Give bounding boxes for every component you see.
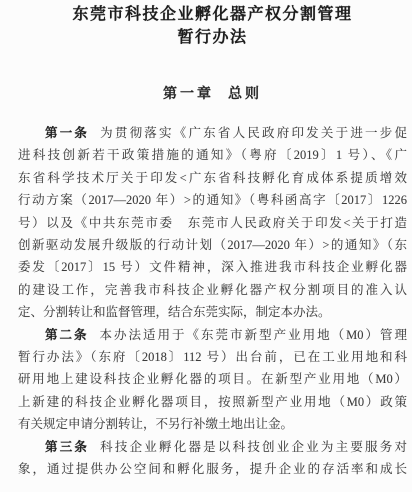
text-line: 第一条为贯彻落实《广东省人民政府印发关于进一步促 [18, 122, 407, 144]
document-body: 第一条为贯彻落实《广东省人民政府印发关于进一步促 进科技创新若干政策措施的通知》… [18, 122, 407, 481]
document-title: 东莞市科技企业孵化器产权分割管理 暂行办法 [18, 3, 407, 49]
article-3: 第三条科技企业孵化器是以科技创业企业为主要服务对 象，通过提供办公空间和孵化服务… [18, 436, 407, 481]
text-line: 上新建的科技企业孵化器项目，按照新型产业用地（M0）政策 [18, 391, 407, 413]
text-line: 象，通过提供办公空间和孵化服务，提升企业的存活率和成长 [18, 458, 407, 480]
text-line: 有关规定申请分割转让，不另行补缴土地出让金。 [18, 413, 407, 435]
text-line: 创新驱动发展升级版的行动计划（2017—2020 年）>的通知》（东 [18, 234, 407, 256]
text-line: 第二条本办法适用于《东莞市新型产业用地（M0）管理 [18, 324, 407, 346]
text-line: 研用地上建设科技企业孵化器的项目。在新型产业用地（M0） [18, 368, 407, 390]
text-segment: 科技企业孵化器是以科技创业企业为主要服务对 [100, 440, 407, 454]
article-3-label: 第三条 [45, 440, 89, 454]
text-line: 东省科学技术厅关于印发<广东省科技孵化育成体系提质增效 [18, 167, 407, 189]
text-line: 第三条科技企业孵化器是以科技创业企业为主要服务对 [18, 436, 407, 458]
document-page: 东莞市科技企业孵化器产权分割管理 暂行办法 第一章总则 第一条为贯彻落实《广东省… [0, 0, 412, 492]
chapter-heading: 第一章总则 [18, 83, 407, 103]
article-2-label: 第二条 [45, 328, 89, 342]
text-line: 委发〔2017〕15 号）文件精神，深入推进我市科技企业孵化器 [18, 256, 407, 278]
article-1: 第一条为贯彻落实《广东省人民政府印发关于进一步促 进科技创新若干政策措施的通知》… [18, 122, 407, 324]
text-line: 定、分割转让和监督管理，结合东莞实际，制定本办法。 [18, 301, 407, 323]
chapter-number: 第一章 [163, 87, 214, 102]
text-segment: 为贯彻落实《广东省人民政府印发关于进一步促 [100, 126, 407, 140]
chapter-name: 总则 [228, 87, 262, 102]
title-line-1: 东莞市科技企业孵化器产权分割管理 [18, 3, 407, 26]
text-line: 号）以及《中共东莞市委 东莞市人民政府关于印发<关于打造 [18, 212, 407, 234]
text-line: 进科技创新若干政策措施的通知》（粤府〔2019〕1 号）、《广 [18, 144, 407, 166]
text-line: 暂行办法》（东府〔2018〕112 号）出台前，已在工业用地和科 [18, 346, 407, 368]
article-1-label: 第一条 [45, 126, 89, 140]
article-2: 第二条本办法适用于《东莞市新型产业用地（M0）管理 暂行办法》（东府〔2018〕… [18, 324, 407, 436]
text-segment: 本办法适用于《东莞市新型产业用地（M0）管理 [100, 328, 407, 342]
title-line-2: 暂行办法 [18, 26, 407, 49]
text-line: 行动方案（2017—2020 年）>的通知》（粤科函高字〔2017〕1226 [18, 189, 407, 211]
text-line: 的建设工作，完善我市科技企业孵化器产权分割项目的准入认 [18, 279, 407, 301]
